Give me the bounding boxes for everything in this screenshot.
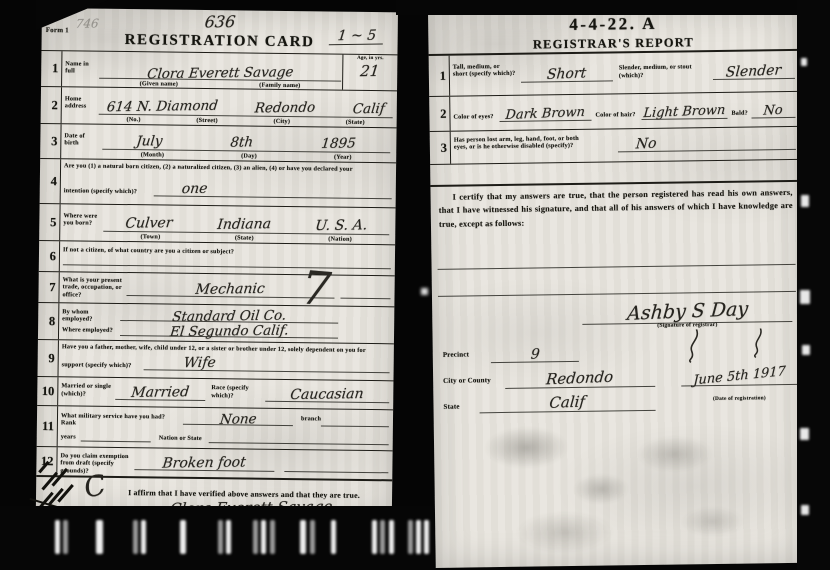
film-bar — [424, 520, 429, 554]
birth-state: Indiana — [216, 216, 271, 233]
registrars-report-card: 4-4-22. A REGISTRAR'S REPORT 1 Tall, med… — [428, 7, 806, 568]
film-bar — [253, 520, 258, 554]
row-number: 6 — [39, 241, 60, 271]
bald-answer: No — [763, 103, 783, 119]
row-non-citizen: 6 If not a citizen, of what country are … — [39, 240, 395, 275]
age-value: 21 — [360, 62, 381, 80]
dependents-question-line2: support (specify which)? — [62, 361, 142, 369]
row-number: 10 — [37, 377, 58, 405]
film-bar — [416, 520, 421, 554]
film-bar — [408, 520, 413, 554]
row-occupation: 7 What is your presenttrade, occupation,… — [38, 271, 394, 306]
row-number: 2 — [429, 97, 450, 131]
state-sublabel: (State) — [346, 118, 365, 126]
row-marital-race: 10 Married or single (which)? Married Ra… — [37, 376, 393, 409]
precinct-value: 9 — [530, 346, 540, 362]
where-employed-answer: El Segundo Calif. — [169, 322, 289, 340]
dob-year: 1895 — [321, 135, 357, 152]
film-mark — [801, 505, 809, 515]
marital-label: Married or single (which)? — [61, 382, 113, 398]
film-bar — [133, 520, 138, 554]
row-home-address: 2 Home address 614 N. Diamond Redondo Ca… — [41, 86, 397, 127]
address-street: N. Diamond — [136, 98, 219, 115]
street-sublabel: (Street) — [196, 116, 218, 124]
certification-block: I certify that my answers are true, that… — [430, 180, 801, 247]
state-value: Calif — [549, 392, 586, 412]
city-county-label: City or County — [443, 376, 491, 385]
citizenship-answer: one — [181, 181, 208, 197]
serial-number: 636 — [204, 12, 237, 31]
age-box: Age, in yrs. 21 — [342, 55, 397, 91]
height-label-line2: short (specify which)? — [453, 70, 516, 78]
birthplace-label: Where were you born? — [63, 212, 99, 227]
row-date-of-birth: 3 Date of birth July 8th 1895 (Month) (D… — [40, 123, 396, 162]
occupation-blank-line — [340, 298, 390, 300]
address-state: Calif — [352, 101, 386, 117]
registrar-signature-block: Ashby S Day (Signature of registrar) — [432, 292, 803, 341]
row-number: 7 — [38, 272, 59, 302]
branch-label: branch — [301, 415, 321, 423]
registration-card-header: Form 1 746 636 REGISTRATION CARD 1 ~ 5 — [41, 8, 397, 54]
film-bar — [380, 520, 385, 554]
military-answer: None — [219, 411, 257, 428]
film-bar — [55, 520, 60, 554]
height-answer: Short — [547, 65, 588, 83]
row-employer: 8 By whom employed? Standard Oil Co. Whe… — [38, 302, 394, 343]
row-number: 1 — [429, 56, 451, 96]
handwritten-seven-mark: 7 — [299, 260, 333, 316]
row-build: 1 Tall, medium, orshort (specify which)?… — [429, 49, 800, 96]
row-number: 2 — [41, 87, 62, 123]
state-sublabel: (State) — [235, 234, 254, 242]
film-edge-top — [396, 0, 830, 15]
location-block: Precinct 9 City or County Redondo State … — [433, 336, 804, 427]
nation-sublabel: (Nation) — [328, 235, 352, 243]
film-edge-right — [797, 0, 830, 570]
scanned-draft-card-page: Form 1 746 636 REGISTRATION CARD 1 ~ 5 1… — [0, 0, 830, 570]
bald-label: Bald? — [731, 109, 748, 117]
film-bar — [389, 520, 394, 554]
occupation-label-line2: trade, occupation, or office? — [62, 284, 121, 299]
row-eyes-hair: 2 Color of eyes? Dark Brown Color of hai… — [429, 91, 799, 131]
marital-answer: Married — [131, 384, 191, 401]
hair-color-label: Color of hair? — [595, 111, 641, 119]
film-bar — [300, 520, 306, 554]
occupation-answer: Mechanic — [195, 281, 266, 298]
no-sublabel: (No.) — [126, 116, 140, 124]
film-speck — [421, 288, 428, 295]
film-bar — [310, 520, 315, 554]
branch-blank-line — [321, 411, 389, 427]
row-name: 1 Name in full Clora Everett Savage (Giv… — [41, 50, 397, 90]
name-label: Name in full — [65, 60, 97, 75]
hair-color-answer: Light Brown — [643, 103, 726, 121]
report-title: REGISTRAR'S REPORT — [533, 35, 694, 51]
dob-month: July — [136, 133, 164, 149]
card-number: 1 ~ 5 — [328, 27, 384, 45]
film-bar — [226, 520, 231, 554]
row-birthplace: 5 Where were you born? Culver Indiana U.… — [39, 203, 395, 244]
dependents-question-line1: Have you a father, mother, wife, child u… — [62, 343, 392, 354]
exemption-blank-line — [284, 471, 388, 473]
dob-day: 8th — [230, 134, 254, 150]
row-number: 3 — [430, 132, 451, 164]
city-sublabel: (City) — [273, 117, 290, 125]
build-answer: Slender — [726, 62, 783, 80]
film-mark — [801, 195, 809, 207]
film-mark — [800, 428, 809, 440]
card-title: REGISTRATION CARD — [125, 32, 315, 50]
military-service-label: What military service have you had? Rank — [61, 412, 181, 428]
nation-state-blank-line — [209, 442, 389, 445]
film-bar — [63, 520, 68, 554]
report-stamp-date: 4-4-22. A — [569, 14, 657, 34]
dependents-answer: Wife — [183, 355, 217, 371]
where-employed-label: Where employed? — [62, 326, 118, 334]
state-label: State — [443, 403, 459, 412]
disability-question-line2: eyes, or is he otherwise disabled (speci… — [454, 142, 574, 151]
citizenship-question-line1: Are you (1) a natural born citizen, (2) … — [64, 162, 394, 173]
film-bar — [261, 520, 266, 554]
film-bar — [141, 520, 146, 554]
row-dependents: 9 Have you a father, mother, wife, child… — [38, 339, 394, 380]
row-number: 8 — [38, 303, 59, 339]
film-bar — [331, 520, 336, 554]
address-city: Redondo — [254, 100, 316, 117]
address-number: 614 — [106, 99, 134, 115]
row-number: 9 — [38, 340, 59, 376]
eye-color-label: Color of eyes? — [453, 113, 499, 121]
film-mark — [802, 345, 810, 355]
certification-text: I certify that my answers are true, that… — [438, 186, 793, 231]
eye-color-answer: Dark Brown — [505, 105, 586, 123]
registration-card: Form 1 746 636 REGISTRATION CARD 1 ~ 5 1… — [36, 8, 398, 518]
registration-date-caption: (Date of registration) — [713, 395, 766, 402]
dob-label: Date of birth — [64, 132, 96, 147]
citizenship-question-line2: intention (specify which)? — [64, 187, 150, 195]
film-mark — [800, 290, 810, 304]
film-bar — [218, 520, 223, 554]
years-blank-line — [81, 441, 151, 443]
day-sublabel: (Day) — [241, 152, 257, 160]
row-number: 11 — [37, 406, 58, 446]
non-citizen-blank-line — [63, 254, 391, 269]
years-label: years — [61, 433, 76, 441]
row-number: 5 — [39, 204, 60, 240]
build-label: Slender, medium, or stout (which)? — [619, 63, 711, 79]
row-military-service: 11 What military service have you had? R… — [37, 405, 393, 450]
birth-town: Culver — [125, 215, 174, 232]
registrar-signature-caption: (Signature of registrar) — [657, 322, 717, 329]
year-sublabel: (Year) — [334, 153, 352, 161]
race-answer: Caucasian — [290, 386, 365, 403]
film-bar — [96, 520, 103, 554]
row-disability: 3 Has person lost arm, leg, hand, foot, … — [430, 126, 800, 164]
exemption-answer: Broken foot — [162, 454, 247, 471]
film-bar — [180, 520, 186, 554]
town-sublabel: (Town) — [140, 233, 160, 241]
row-number: 4 — [40, 159, 62, 203]
nation-state-label: Nation or State — [159, 434, 202, 442]
home-address-label: Home address — [65, 95, 97, 110]
registration-date: June 5th 1917 — [693, 364, 786, 389]
film-bar — [270, 520, 275, 554]
film-edge-bottom — [0, 506, 434, 570]
film-mark — [801, 58, 807, 66]
employer-label: By whom employed? — [62, 308, 118, 324]
month-sublabel: (Month) — [141, 151, 164, 159]
row-number: 3 — [40, 124, 61, 158]
disability-answer: No — [635, 136, 657, 153]
film-bar — [372, 520, 377, 554]
city-county-value: Redondo — [546, 368, 615, 389]
birth-nation: U. S. A. — [314, 217, 368, 234]
race-label: Race (specify which)? — [211, 384, 263, 400]
row-citizenship: 4 Are you (1) a natural born citizen, (2… — [40, 158, 397, 207]
precinct-label: Precinct — [443, 350, 469, 359]
row-number: 1 — [41, 51, 62, 86]
